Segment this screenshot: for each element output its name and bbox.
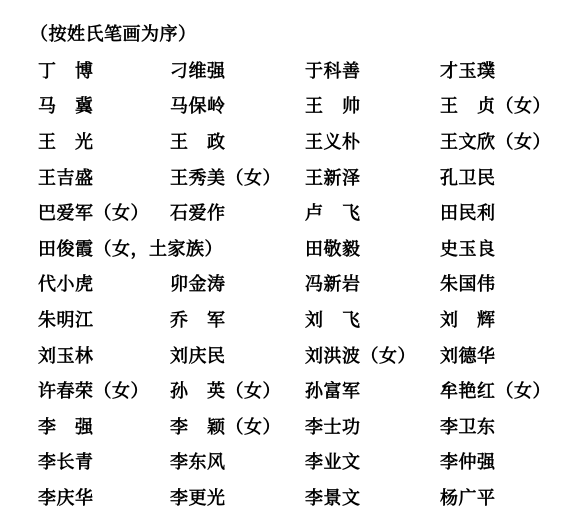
name-cell: 刘 飞 xyxy=(305,301,440,337)
name-cell: 卢 飞 xyxy=(305,194,440,230)
name-cell: 王秀美（女） xyxy=(170,159,305,195)
name-cell: 田俊霞（女，土家族） xyxy=(38,230,305,266)
name-cell: 朱国伟 xyxy=(440,266,568,302)
name-grid: 丁 博刁维强于科善才玉璞马 冀马保岭王 帅王 贞（女）王 光王 政王义朴王文欣（… xyxy=(38,52,568,515)
document-page: （按姓氏笔画为序） 丁 博刁维强于科善才玉璞马 冀马保岭王 帅王 贞（女）王 光… xyxy=(0,0,577,518)
name-cell: 杨广平 xyxy=(440,479,568,515)
name-cell: 王义朴 xyxy=(305,123,440,159)
name-cell: 李业文 xyxy=(305,444,440,480)
name-cell: 刘庆民 xyxy=(170,337,305,373)
name-cell: 冯新岩 xyxy=(305,266,440,302)
name-cell: 卯金涛 xyxy=(170,266,305,302)
name-cell: 于科善 xyxy=(305,52,440,88)
name-cell: 刘 辉 xyxy=(440,301,568,337)
name-cell: 刘洪波（女） xyxy=(305,337,440,373)
name-cell: 孔卫民 xyxy=(440,159,568,195)
name-cell: 代小虎 xyxy=(38,266,170,302)
name-cell: 王 贞（女） xyxy=(440,88,568,124)
name-cell: 李庆华 xyxy=(38,479,170,515)
sort-order-note: （按姓氏笔画为序） xyxy=(30,20,197,46)
name-cell: 王 政 xyxy=(170,123,305,159)
name-cell: 王 帅 xyxy=(305,88,440,124)
name-cell: 王文欣（女） xyxy=(440,123,568,159)
name-cell: 王 光 xyxy=(38,123,170,159)
name-cell: 乔 军 xyxy=(170,301,305,337)
name-cell: 田民利 xyxy=(440,194,568,230)
name-cell: 刘玉林 xyxy=(38,337,170,373)
name-cell: 李更光 xyxy=(170,479,305,515)
name-cell: 丁 博 xyxy=(38,52,170,88)
name-cell: 许春荣（女） xyxy=(38,372,170,408)
name-cell: 李卫东 xyxy=(440,408,568,444)
name-cell: 马 冀 xyxy=(38,88,170,124)
name-cell: 李景文 xyxy=(305,479,440,515)
name-cell: 马保岭 xyxy=(170,88,305,124)
name-cell: 牟艳红（女） xyxy=(440,372,568,408)
name-cell: 李 颖（女） xyxy=(170,408,305,444)
name-cell: 石爱作 xyxy=(170,194,305,230)
name-cell: 巴爱军（女） xyxy=(38,194,170,230)
name-cell: 李仲强 xyxy=(440,444,568,480)
name-cell: 刘德华 xyxy=(440,337,568,373)
name-cell: 刁维强 xyxy=(170,52,305,88)
name-cell: 才玉璞 xyxy=(440,52,568,88)
name-cell: 王吉盛 xyxy=(38,159,170,195)
name-cell: 孙富军 xyxy=(305,372,440,408)
name-cell: 朱明江 xyxy=(38,301,170,337)
name-cell: 史玉良 xyxy=(440,230,568,266)
name-cell: 李东风 xyxy=(170,444,305,480)
name-cell: 王新泽 xyxy=(305,159,440,195)
name-cell: 孙 英（女） xyxy=(170,372,305,408)
name-cell: 李 强 xyxy=(38,408,170,444)
name-cell: 李士功 xyxy=(305,408,440,444)
name-cell: 田敬毅 xyxy=(305,230,440,266)
name-cell: 李长青 xyxy=(38,444,170,480)
